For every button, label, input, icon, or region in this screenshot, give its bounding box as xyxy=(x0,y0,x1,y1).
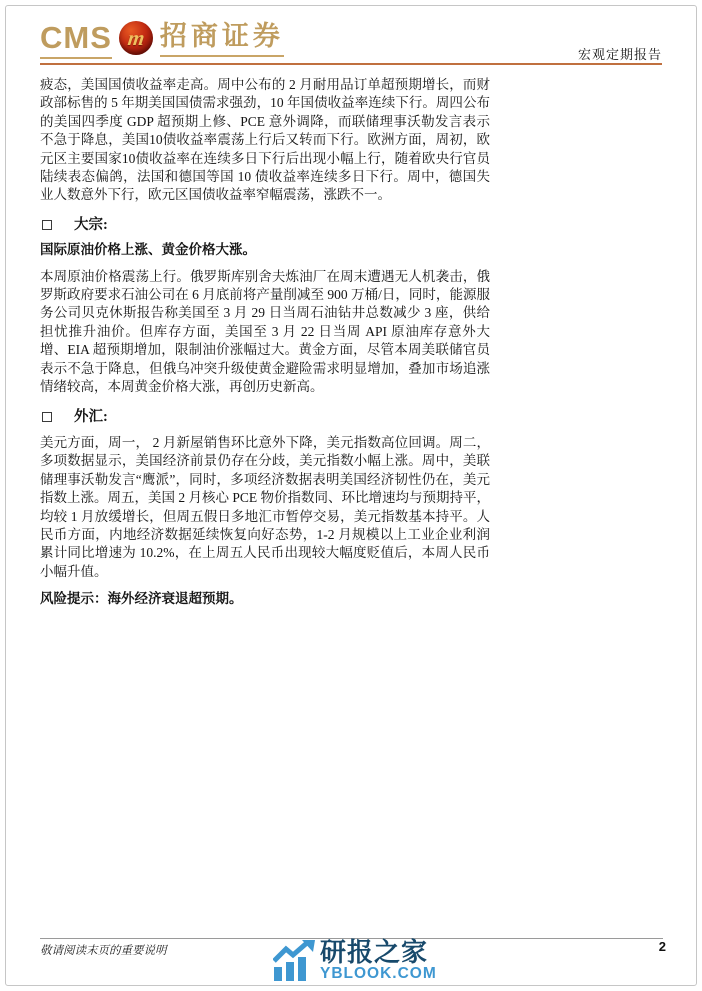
report-type-label: 宏观定期报告 xyxy=(578,44,662,63)
square-bullet-icon xyxy=(42,220,52,230)
watermark-name: 研报之家 xyxy=(320,940,437,965)
watermark-chart-icon xyxy=(273,940,315,981)
report-page: CMS m 招商证券 宏观定期报告 疲态，美国国债收益率走高。周中公布的 2 月… xyxy=(0,0,702,991)
section-commodities-heading: 大宗: xyxy=(40,216,490,234)
square-bullet-icon xyxy=(42,412,52,422)
watermark-site: YBLOOK.COM xyxy=(320,966,437,981)
page-number: 2 xyxy=(659,939,666,954)
watermark-texts: 研报之家 YBLOOK.COM xyxy=(320,940,437,981)
company-logo: CMS m 招商证券 xyxy=(40,21,284,59)
cms-badge-icon: m xyxy=(119,21,153,55)
commodities-paragraph: 本周原油价格震荡上行。俄罗斯库别舍夫炼油厂在周末遭遇无人机袭击，俄罗斯政府要求石… xyxy=(40,268,490,397)
header-rule xyxy=(40,63,662,65)
risk-note: 风险提示：海外经济衰退超预期。 xyxy=(40,590,490,608)
report-body: 疲态，美国国债收益率走高。周中公布的 2 月耐用品订单超预期增长，而财政部标售的… xyxy=(40,70,490,609)
section-fx-label: 外汇: xyxy=(74,408,108,426)
intro-paragraph: 疲态，美国国债收益率走高。周中公布的 2 月耐用品订单超预期增长，而财政部标售的… xyxy=(40,76,490,205)
badge-m-glyph: m xyxy=(126,28,145,49)
watermark: 研报之家 YBLOOK.COM xyxy=(273,940,437,981)
footer-disclaimer: 敬请阅读末页的重要说明 xyxy=(40,942,167,958)
section-commodities-label: 大宗: xyxy=(74,216,108,234)
company-name: 招商证券 xyxy=(160,23,284,57)
fx-paragraph: 美元方面，周一， 2 月新屋销售环比意外下降，美元指数高位回调。周二，多项数据显… xyxy=(40,434,490,581)
commodities-lead: 国际原油价格上涨、黄金价格大涨。 xyxy=(40,241,490,259)
cms-logo-text: CMS xyxy=(40,22,112,59)
section-fx-heading: 外汇: xyxy=(40,408,490,426)
